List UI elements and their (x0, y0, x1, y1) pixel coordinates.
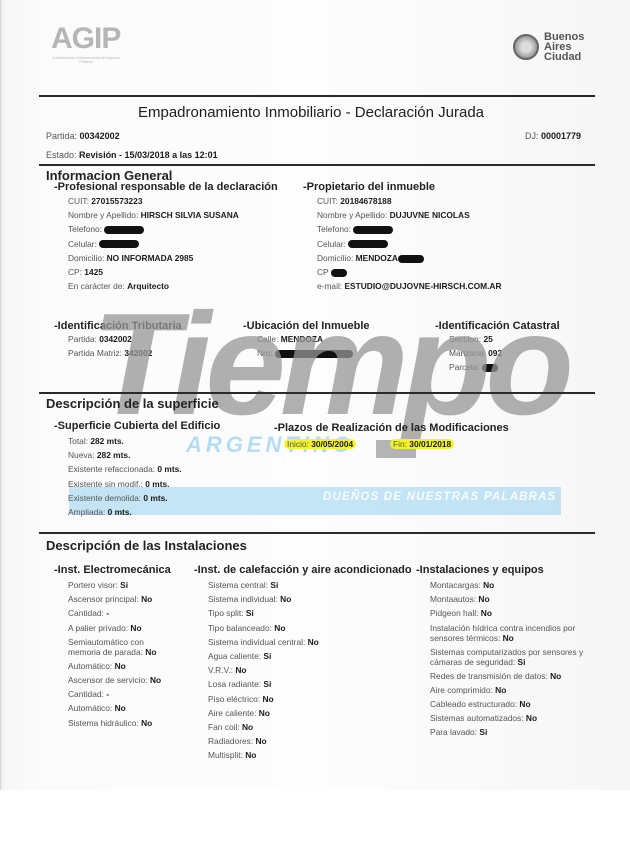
field-label: Fan coil: (208, 722, 242, 732)
fin-label: Fin: (393, 439, 407, 449)
field-row: Celular: (68, 239, 139, 249)
field-row: Montaautos: No (430, 594, 490, 604)
redaction-mark (348, 240, 388, 248)
field-label: Redes de transmisión de datos: (430, 671, 550, 681)
field-label: Tipo balanceado: (208, 623, 274, 633)
divider (39, 392, 595, 394)
field-row: Pidgeon hall: No (430, 608, 492, 618)
field-value: No (115, 661, 126, 671)
divider (39, 164, 595, 166)
field-label: Para lavado: (430, 727, 479, 737)
field-value: No (130, 623, 141, 633)
field-label: V.R.V.: (208, 665, 235, 675)
field-label: Domicilio: (68, 253, 107, 263)
field-row: Total: 282 mts. (68, 436, 124, 446)
field-row: Tipo split: Si (208, 608, 254, 618)
field-row: Cantidad: - (68, 608, 109, 618)
field-row: V.R.V.: No (208, 665, 247, 675)
field-label: Existente refaccionada: (68, 464, 157, 474)
field-label: CUIT: (317, 196, 340, 206)
redaction-mark (99, 240, 139, 248)
field-value: No (478, 594, 489, 604)
subsection-propietario: -Propietario del inmueble (303, 181, 435, 193)
redaction-mark (104, 226, 144, 234)
field-row: Existente sin modif.: 0 mts. (68, 479, 170, 489)
field-value: 282 mts. (97, 450, 131, 460)
field-label: Portero visor: (68, 580, 120, 590)
field-row: Domicilio: NO INFORMADA 2985 (68, 253, 193, 263)
subsection-equipos: -Instalaciones y equipos (416, 564, 544, 576)
field-value: 0 mts. (143, 493, 167, 503)
field-row: Aire caliente: No (208, 708, 270, 718)
field-label: Ascensor de servicio: (68, 675, 150, 685)
dj-line: DJ: 00001779 (525, 131, 581, 141)
field-label: Telefono: (317, 224, 353, 234)
watermark-tiempo: Tiempo (91, 292, 568, 437)
field-value: No (145, 647, 156, 657)
field-value: No (495, 685, 506, 695)
field-value: No (242, 722, 253, 732)
field-value: No (256, 736, 267, 746)
field-label: Domicilio: (317, 253, 356, 263)
ba-logo-line: Ciudad (544, 52, 584, 62)
redaction-mark (353, 226, 393, 234)
field-row: Telefono: (68, 224, 144, 234)
field-value: No (262, 694, 273, 704)
field-value: 282 mts. (90, 436, 124, 446)
field-value: MENDOZA (356, 253, 398, 263)
field-label: Ampliada: (68, 507, 108, 517)
field-value: No (235, 665, 246, 675)
field-label: CP (317, 267, 331, 277)
field-label: Montaautos: (430, 594, 478, 604)
field-value: No (274, 623, 285, 633)
field-row: Celular: (317, 239, 388, 249)
field-row: Sistema central: Si (208, 580, 278, 590)
field-row: Portero visor: Si (68, 580, 128, 590)
field-value: No (280, 594, 291, 604)
field-value: DUJUVNE NICOLAS (390, 210, 470, 220)
field-value: Si (479, 727, 487, 737)
field-value: No (141, 594, 152, 604)
field-row: Telefono: (317, 224, 393, 234)
field-value: No (526, 713, 537, 723)
field-value: Si (518, 657, 526, 667)
field-label: Existente sin modif.: (68, 479, 145, 489)
document-title: Empadronamiento Inmobiliario - Declaraci… (138, 104, 484, 121)
field-row: Sistema individual central: No (208, 637, 319, 647)
field-row: CP (317, 267, 347, 277)
agip-logo: AGIP Administración Gubernamental de Ing… (51, 22, 121, 64)
field-label: CUIT: (68, 196, 91, 206)
estado-line: Estado: Revisión - 15/03/2018 a las 12:0… (46, 150, 218, 160)
field-label: Automático: (68, 661, 115, 671)
field-row: Existente demolida: 0 mts. (68, 493, 168, 503)
partida-value: 00342002 (80, 131, 120, 141)
field-row: Radiadores: No (208, 736, 267, 746)
field-value: No (483, 580, 494, 590)
field-label: Pidgeon hall: (430, 608, 481, 618)
field-value: No (519, 699, 530, 709)
field-label: Sistema central: (208, 580, 270, 590)
field-label: Montacargas: (430, 580, 483, 590)
field-row: Nombre y Apellido: DUJUVNE NICOLAS (317, 210, 470, 220)
field-value: - (106, 608, 109, 618)
dj-label: DJ: (525, 131, 539, 141)
field-row: Fan coil: No (208, 722, 253, 732)
field-value: No (503, 633, 514, 643)
field-label: Sistemas computarizados por sensores y c… (430, 647, 583, 667)
subsection-plazos: -Plazos de Realización de las Modificaci… (274, 422, 509, 434)
field-value: - (106, 689, 109, 699)
field-value: No (481, 608, 492, 618)
field-label: Cantidad: (68, 608, 106, 618)
field-value: Si (263, 651, 271, 661)
field-row: CUIT: 20184678188 (317, 196, 392, 206)
dj-value: 00001779 (541, 131, 581, 141)
field-label: Automático: (68, 703, 115, 713)
field-value: No (259, 708, 270, 718)
partida-label: Partida: (46, 131, 77, 141)
field-row: Redes de transmisión de datos: No (430, 671, 561, 681)
subsection-profesional: -Profesional responsable de la declaraci… (54, 181, 278, 193)
field-value: 20184678188 (340, 196, 391, 206)
field-label: Telefono: (68, 224, 104, 234)
field-label: A palier privado: (68, 623, 130, 633)
redaction-mark (331, 269, 347, 277)
field-row: Para lavado: Si (430, 727, 487, 737)
field-value: 0 mts. (145, 479, 169, 489)
field-row: CUIT: 27015573223 (68, 196, 143, 206)
field-label: Agua caliente: (208, 651, 263, 661)
field-label: Existente demolida: (68, 493, 143, 503)
field-row: Existente refaccionada: 0 mts. (68, 464, 182, 474)
field-row: Sistemas computarizados por sensores y c… (430, 647, 595, 667)
field-label: Nombre y Apellido: (317, 210, 390, 220)
field-label: Radiadores: (208, 736, 256, 746)
field-label: Aire caliente: (208, 708, 259, 718)
ba-shield-icon (513, 34, 539, 60)
field-value: NO INFORMADA 2985 (107, 253, 194, 263)
field-label: Losa radiante: (208, 679, 263, 689)
field-row: Multisplit: No (208, 750, 256, 760)
field-label: Celular: (68, 239, 99, 249)
field-row: Aire comprimido: No (430, 685, 506, 695)
field-row: Ampliada: 0 mts. (68, 507, 132, 517)
field-row: Montacargas: No (430, 580, 494, 590)
agip-subtitle: Administración Gubernamental de Ingresos… (51, 56, 121, 64)
field-value: Si (120, 580, 128, 590)
field-row: Nombre y Apellido: HIRSCH SILVIA SUSANA (68, 210, 239, 220)
field-row: Ascensor principal: No (68, 594, 152, 604)
plazo-inicio: Inicio: 30/05/2004 (284, 439, 356, 449)
field-value: No (245, 750, 256, 760)
field-label: Sistema individual: (208, 594, 280, 604)
field-row: Automático: No (68, 661, 126, 671)
field-value: Si (270, 580, 278, 590)
field-label: Cantidad: (68, 689, 106, 699)
subsection-cubierta: -Superficie Cubierta del Edificio (54, 420, 220, 432)
agip-logo-text: AGIP (51, 22, 121, 56)
inicio-label: Inicio: (287, 439, 309, 449)
field-label: Sistemas automatizados: (430, 713, 526, 723)
field-label: Nueva: (68, 450, 97, 460)
fin-value: 30/01/2018 (409, 439, 451, 449)
section-title-instalaciones: Descripción de las Instalaciones (46, 538, 247, 553)
field-row: Semiautomático con memoria de parada: No (68, 637, 178, 657)
field-row: Sistema hidráulico: No (68, 718, 152, 728)
ba-ciudad-logo: Buenos Aires Ciudad (513, 32, 584, 62)
field-row: Ascensor de servicio: No (68, 675, 161, 685)
field-label: Sistema individual central: (208, 637, 308, 647)
field-row: Agua caliente: Si (208, 651, 271, 661)
divider (39, 532, 595, 534)
field-label: Sistema hidráulico: (68, 718, 141, 728)
partida-line: Partida: 00342002 (46, 131, 120, 141)
field-label: CP: (68, 267, 84, 277)
field-row: Cantidad: - (68, 689, 109, 699)
subsection-calefaccion: -Inst. de calefacción y aire acondiciona… (194, 564, 412, 576)
field-value: 0 mts. (108, 507, 132, 517)
field-value: No (141, 718, 152, 728)
field-row: Domicilio: MENDOZA (317, 253, 424, 263)
field-value: No (308, 637, 319, 647)
field-label: Tipo split: (208, 608, 246, 618)
field-label: Piso eléctrico: (208, 694, 262, 704)
field-label: Cableado estructurado: (430, 699, 519, 709)
field-label: Nombre y Apellido: (68, 210, 141, 220)
field-row: Cableado estructurado: No (430, 699, 531, 709)
scanned-page: AGIP Administración Gubernamental de Ing… (0, 0, 630, 790)
field-row: Nueva: 282 mts. (68, 450, 130, 460)
field-label: Aire comprimido: (430, 685, 495, 695)
field-label: Total: (68, 436, 90, 446)
field-value: 1425 (84, 267, 103, 277)
field-value: No (115, 703, 126, 713)
field-value: 0 mts. (157, 464, 181, 474)
field-label: Celular: (317, 239, 348, 249)
field-value: 27015573223 (91, 196, 142, 206)
inicio-value: 30/05/2004 (311, 439, 353, 449)
field-value: No (550, 671, 561, 681)
plazo-fin: Fin: 30/01/2018 (390, 439, 454, 449)
field-label: Semiautomático con memoria de parada: (68, 637, 145, 657)
field-row: A palier privado: No (68, 623, 142, 633)
field-row: Automático: No (68, 703, 126, 713)
section-title-superficie: Descripción de la superficie (46, 396, 219, 411)
field-label: Multisplit: (208, 750, 245, 760)
field-row: Tipo balanceado: No (208, 623, 285, 633)
redaction-mark (398, 255, 424, 263)
estado-value: Revisión - 15/03/2018 a las 12:01 (79, 150, 218, 160)
field-row: CP: 1425 (68, 267, 103, 277)
divider (39, 95, 595, 97)
field-row: Sistemas automatizados: No (430, 713, 537, 723)
field-value: HIRSCH SILVIA SUSANA (141, 210, 239, 220)
field-row: Instalación hídrica contra incendios por… (430, 623, 595, 643)
estado-label: Estado: (46, 150, 77, 160)
field-label: Ascensor principal: (68, 594, 141, 604)
field-row: Losa radiante: Si (208, 679, 271, 689)
field-value: No (150, 675, 161, 685)
field-value: Si (246, 608, 254, 618)
field-row: Piso eléctrico: No (208, 694, 274, 704)
field-row: Sistema individual: No (208, 594, 291, 604)
subsection-electromecanica: -Inst. Electromecánica (54, 564, 171, 576)
field-value: Si (263, 679, 271, 689)
watermark-slogan: DUEÑOS DE NUESTRAS PALABRAS (323, 491, 556, 503)
